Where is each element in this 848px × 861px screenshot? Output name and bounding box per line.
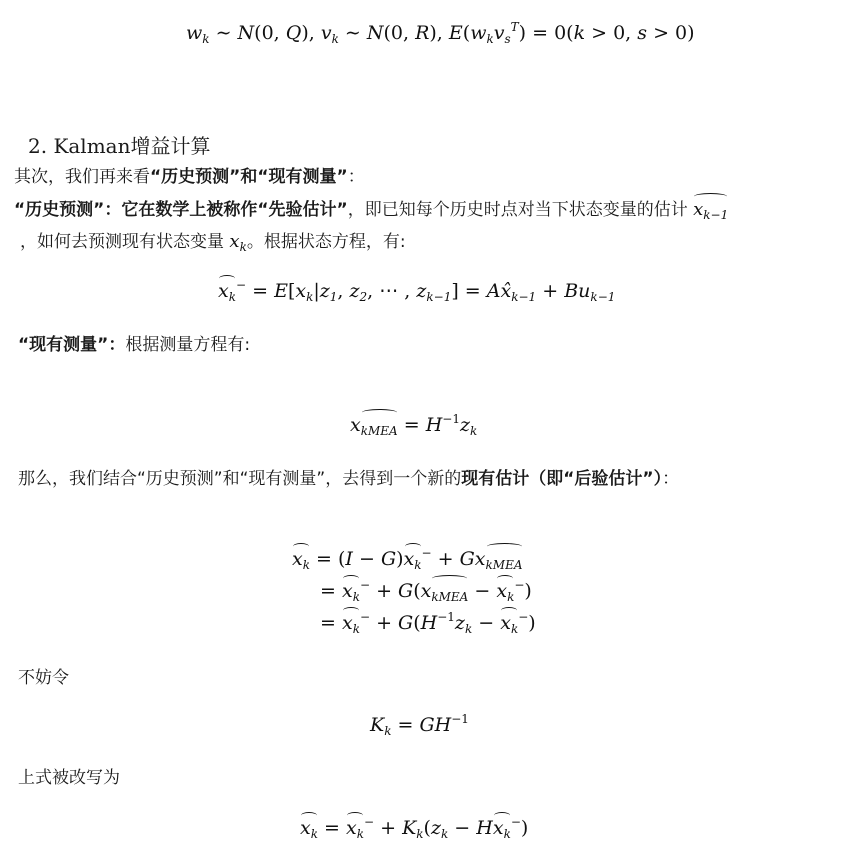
text: ： — [662, 469, 679, 489]
math-x-hat-k-minus-1: xk−1 — [693, 199, 728, 220]
formula-posterior-line-3: = xk− + G(H−1zk − xk−) — [320, 610, 536, 636]
bold-term-history-prediction: “历史预测” — [150, 167, 240, 187]
paragraph-rewritten: 上式被改写为 — [18, 766, 120, 790]
formula-final-update: xk = xk− + Kk(zk − Hxk−) — [300, 815, 528, 841]
text: 其次，我们再来看 — [14, 167, 150, 187]
formula-posterior-line-2: = xk− + G(xkMEA − xk−) — [320, 578, 532, 604]
text: ，如何去预测现有状态变量 — [20, 232, 224, 252]
bold-term-current-measurement: “现有测量” — [257, 167, 347, 187]
text: 上式被改写为 — [18, 768, 120, 788]
formula-posterior-line-1: xk = (I − G)xk− + GxkMEA — [292, 546, 523, 572]
text: 那么，我们结合“历史预测”和“现有测量”，去得到一个新的 — [18, 469, 461, 489]
section-heading: 2. Kalman增益计算 — [28, 130, 210, 159]
text: 根据测量方程有: — [125, 335, 250, 355]
paragraph-prior-continued: ，如何去预测现有状态变量 xk。根据状态方程，有: — [20, 230, 406, 259]
bold-term-current-measurement: “现有测量”： — [18, 335, 125, 355]
paragraph-measurement: “现有测量”：根据测量方程有: — [18, 333, 250, 357]
math-x-k: xk — [229, 231, 246, 252]
formula-measurement: xkMEA = H−1zk — [350, 412, 477, 438]
text: 。根据状态方程，有: — [247, 232, 406, 252]
bold-term-posterior-estimate: 现有估计（即“后验估计”） — [461, 469, 662, 489]
bold-conjunction: 和 — [240, 167, 257, 187]
paragraph-let: 不妨令 — [18, 666, 69, 690]
formula-noise: wk ∼ N(0, Q), vk ∼ N(0, R), E(wkvsT) = 0… — [186, 20, 695, 46]
bold-term-prior-estimate: “历史预测”：它在数学上被称作“先验估计” — [14, 200, 348, 220]
text: ，即已知每个历史时点对当下状态变量的估计 — [348, 200, 688, 220]
text: ： — [348, 167, 365, 187]
paragraph-combine: 那么，我们结合“历史预测”和“现有测量”，去得到一个新的现有估计（即“后验估计”… — [18, 467, 679, 491]
paragraph-intro: 其次，我们再来看“历史预测”和“现有测量”： — [14, 165, 365, 189]
paragraph-prior-definition: “历史预测”：它在数学上被称作“先验估计”，即已知每个历史时点对当下状态变量的估… — [14, 198, 728, 227]
formula-prior-estimate: xk− = E[xk|z1, z2, ⋯ , zk−1] = Ax̂k−1 + … — [218, 278, 615, 304]
text: 不妨令 — [18, 668, 69, 688]
formula-gain-definition: Kk = GH−1 — [370, 712, 469, 738]
